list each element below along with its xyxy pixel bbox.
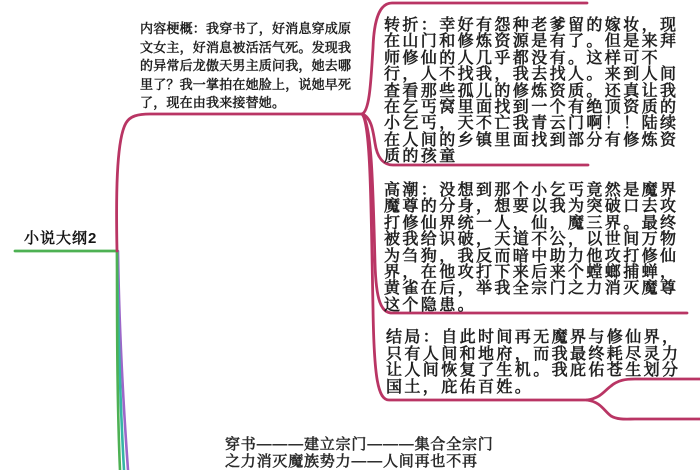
branch-line-summary: [117, 114, 362, 251]
node-climax[interactable]: 高潮：没想到那个小乞丐竟然是魔界 魔尊的分身，想要以我为突破口去攻 打修仙界统一…: [384, 183, 696, 314]
branch-line-teal-down: [117, 251, 124, 470]
branch-line-ending-child-lower: [587, 400, 700, 419]
node-summary[interactable]: 内容梗概：我穿书了，好消息穿成原 文女主，好消息被活活气死。发现我 的异常后龙傲…: [140, 20, 364, 113]
node-ending[interactable]: 结局：自此时间再无魔界与修仙界， 只有人间和地府，而我最终耗尽灵力 让人间恢复了…: [386, 330, 698, 396]
branch-line-green-down: [117, 251, 120, 470]
root-node-label[interactable]: 小说大纲2: [24, 227, 97, 248]
node-bottom-note[interactable]: 穿书———建立宗门———集合全宗门 之力消灭魔族势力——人间再也不再: [225, 437, 525, 470]
mindmap-canvas[interactable]: 小说大纲2 内容梗概：我穿书了，好消息穿成原 文女主，好消息被活活气死。发现我 …: [0, 0, 700, 470]
branch-line-purple-down: [118, 251, 128, 470]
node-turning-point[interactable]: 转折：幸好有怨种老爹留的嫁妆，现 在山门和修炼资源是有了。但是来拜 师修仙的人几…: [384, 18, 696, 166]
